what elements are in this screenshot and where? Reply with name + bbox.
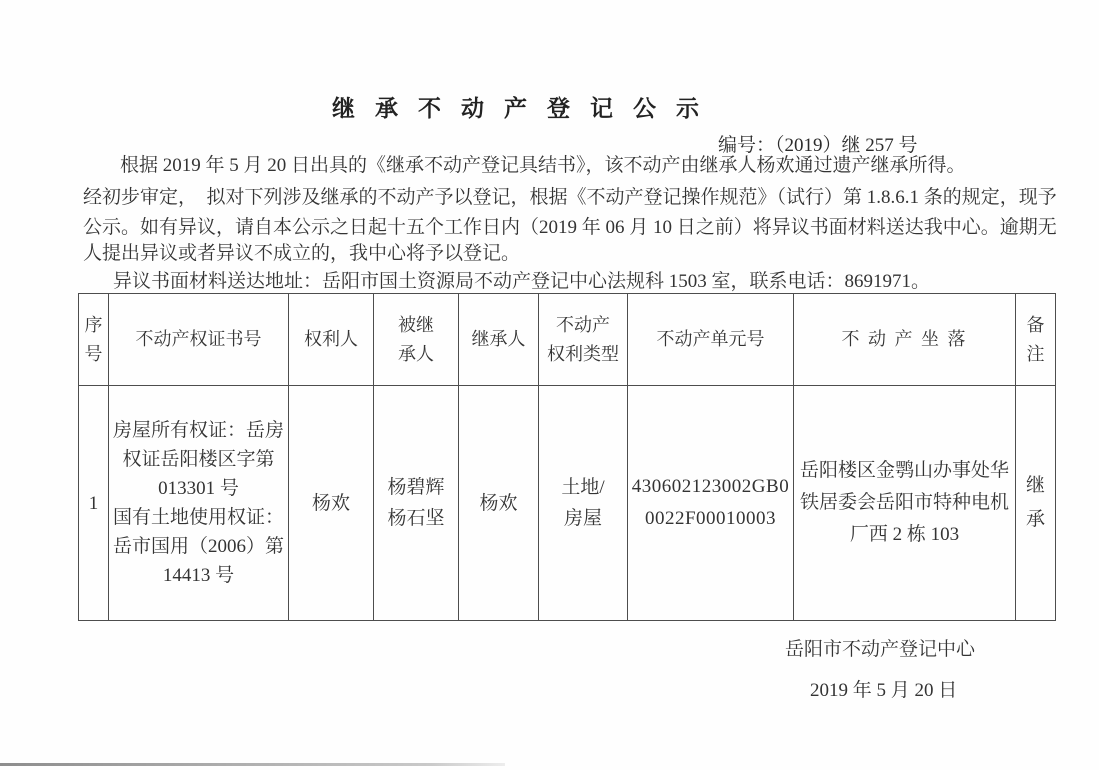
issuer-name: 岳阳市不动产登记中心 (785, 634, 975, 661)
cell-right-type: 土地/ 房屋 (539, 386, 628, 621)
col-header-location: 不 动 产 坐 落 (794, 294, 1016, 386)
cell-decedents: 杨碧辉 杨石坚 (374, 386, 459, 621)
col-header-seq: 序 号 (79, 294, 109, 386)
scan-artifact-bottom-edge (0, 763, 505, 766)
doc-number: 编号：（2019）继 257 号 (718, 130, 918, 157)
col-header-heir: 继承人 (459, 294, 539, 386)
registration-table: 序 号 不动产权证书号 权利人 被继 承人 继承人 不动产 权利类型 不动产单元… (78, 293, 1056, 621)
notice-body-line: 经初步审定， 拟对下列涉及继承的不动产予以登记，根据《不动产登记操作规范》（试行… (83, 186, 1057, 210)
objection-address-line: 异议书面材料送达地址：岳阳市国土资源局不动产登记中心法规科 1503 室，联系电… (113, 270, 930, 294)
cell-seq: 1 (79, 386, 109, 621)
cell-unit-number: 430602123002GB0 0022F00010003 (628, 386, 794, 621)
page-title: 继承不动产登记公示 (332, 90, 719, 123)
cell-cert-numbers: 房屋所有权证：岳房 权证岳阳楼区字第 013301 号 国有土地使用权证： 岳市… (109, 386, 289, 621)
col-header-cert-no: 不动产权证书号 (109, 294, 289, 386)
col-header-remark: 备 注 (1016, 294, 1056, 386)
scanned-notice-page: 继承不动产登记公示 编号：（2019）继 257 号 根据 2019 年 5 月… (0, 0, 1099, 770)
table-row: 1 房屋所有权证：岳房 权证岳阳楼区字第 013301 号 国有土地使用权证： … (79, 386, 1056, 621)
col-header-decedent: 被继 承人 (374, 294, 459, 386)
cell-heir: 杨欢 (459, 386, 539, 621)
notice-body-line: 根据 2019 年 5 月 20 日出具的《继承不动产登记具结书》，该不动产由继… (120, 154, 966, 178)
col-header-holder: 权利人 (289, 294, 374, 386)
col-header-right-type: 不动产 权利类型 (539, 294, 628, 386)
cell-property-location: 岳阳楼区金鹗山办事处华 铁居委会岳阳市特种电机 厂西 2 栋 103 (794, 386, 1016, 621)
issue-date: 2019 年 5 月 20 日 (810, 675, 957, 702)
notice-body-line: 公示。如有异议，请自本公示之日起十五个工作日内（2019 年 06 月 10 日… (83, 216, 1057, 240)
notice-body-line: 人提出异议或者异议不成立的，我中心将予以登记。 (83, 242, 520, 266)
table-header-row: 序 号 不动产权证书号 权利人 被继 承人 继承人 不动产 权利类型 不动产单元… (79, 294, 1056, 386)
cell-remark: 继 承 (1016, 386, 1056, 621)
cell-right-holder: 杨欢 (289, 386, 374, 621)
col-header-unit-no: 不动产单元号 (628, 294, 794, 386)
